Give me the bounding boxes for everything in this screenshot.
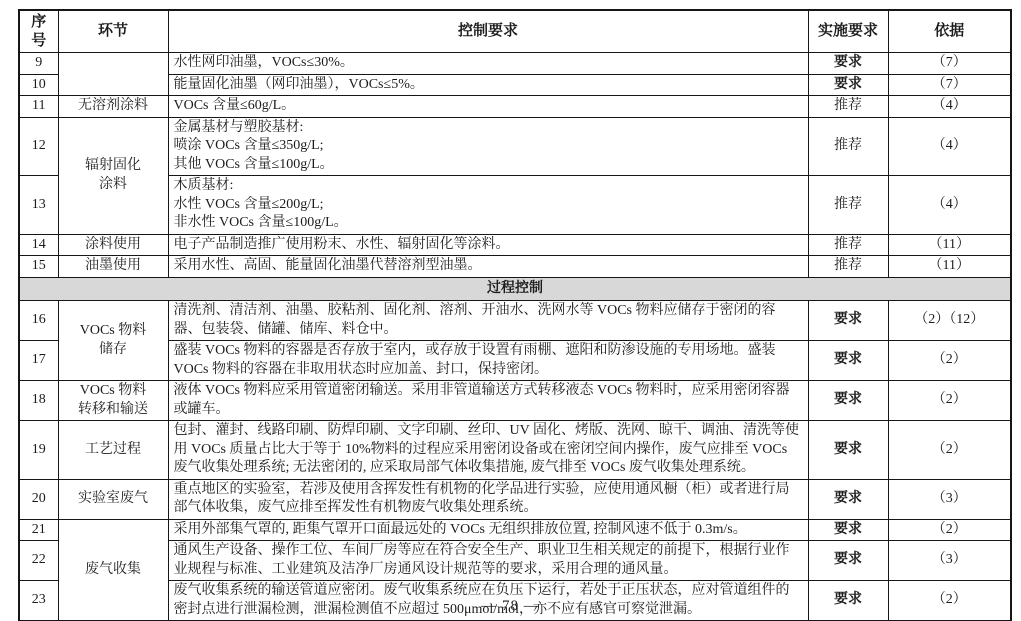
row-21-impl: 要求 xyxy=(808,519,888,541)
row-10-impl: 要求 xyxy=(808,74,888,96)
row-11-control: VOCs 含量≤60g/L。 xyxy=(168,96,808,118)
row-14-no: 14 xyxy=(19,234,58,256)
table-row: 13 木质基材: 水性 VOCs 含量≤200g/L; 非水性 VOCs 含量≤… xyxy=(19,176,1011,235)
row-9-impl: 要求 xyxy=(808,53,888,75)
section-header-row: 过程控制 xyxy=(19,277,1011,301)
row-12-control: 金属基材与塑胶基材: 喷涂 VOCs 含量≤350g/L; 其他 VOCs 含量… xyxy=(168,117,808,176)
header-no: 序号 xyxy=(19,10,58,53)
table-row: 17 盛装 VOCs 物料的容器是否存放于室内，或存放于设置有雨棚、遮阳和防渗设… xyxy=(19,341,1011,381)
row-17-control: 盛装 VOCs 物料的容器是否存放于室内，或存放于设置有雨棚、遮阳和防渗设施的专… xyxy=(168,341,808,381)
table-row: 18 VOCs 物料 转移和输送 液体 VOCs 物料应采用管道密闭输送。采用非… xyxy=(19,381,1011,421)
table-row: 20 实验室废气 重点地区的实验室，若涉及使用含挥发性有机物的化学品进行实验，应… xyxy=(19,479,1011,519)
page-number: — 78 — xyxy=(0,598,1021,615)
row-16-17-stage: VOCs 物料 储存 xyxy=(58,301,168,381)
row-18-no: 18 xyxy=(19,381,58,421)
row-18-stage: VOCs 物料 转移和输送 xyxy=(58,381,168,421)
row-19-control: 包封、灌封、线路印刷、防焊印刷、文字印刷、丝印、UV 固化、烤版、洗网、晾干、调… xyxy=(168,421,808,480)
row-18-control: 液体 VOCs 物料应采用管道密闭输送。采用非管道输送方式转移液态 VOCs 物… xyxy=(168,381,808,421)
row-9-10-stage xyxy=(58,53,168,96)
table-row: 14 涂料使用 电子产品制造推广使用粉末、水性、辐射固化等涂料。 推荐 （11） xyxy=(19,234,1011,256)
row-11-stage: 无溶剂涂料 xyxy=(58,96,168,118)
row-15-no: 15 xyxy=(19,256,58,278)
row-13-basis: （4） xyxy=(888,176,1011,235)
row-12-impl: 推荐 xyxy=(808,117,888,176)
table-row: 15 油墨使用 采用水性、高固、能量固化油墨代替溶剂型油墨。 推荐 （11） xyxy=(19,256,1011,278)
row-12-no: 12 xyxy=(19,117,58,176)
row-19-basis: （2） xyxy=(888,421,1011,480)
row-9-control: 水性网印油墨，VOCs≤30%。 xyxy=(168,53,808,75)
row-21-no: 21 xyxy=(19,519,58,541)
row-17-basis: （2） xyxy=(888,341,1011,381)
row-17-no: 17 xyxy=(19,341,58,381)
table-row: 22 通风生产设备、操作工位、车间厂房等应在符合安全生产、职业卫生相关规定的前提… xyxy=(19,541,1011,581)
row-17-impl: 要求 xyxy=(808,341,888,381)
row-20-no: 20 xyxy=(19,479,58,519)
row-10-control: 能量固化油墨（网印油墨），VOCs≤5%。 xyxy=(168,74,808,96)
table-row: 21 废气收集 采用外部集气罩的, 距集气罩开口面最远处的 VOCs 无组织排放… xyxy=(19,519,1011,541)
row-11-impl: 推荐 xyxy=(808,96,888,118)
table-row: 12 辐射固化 涂料 金属基材与塑胶基材: 喷涂 VOCs 含量≤350g/L;… xyxy=(19,117,1011,176)
header-basis: 依据 xyxy=(888,10,1011,53)
header-stage: 环节 xyxy=(58,10,168,53)
row-13-no: 13 xyxy=(19,176,58,235)
row-15-impl: 推荐 xyxy=(808,256,888,278)
row-13-control: 木质基材: 水性 VOCs 含量≤200g/L; 非水性 VOCs 含量≤100… xyxy=(168,176,808,235)
row-12-13-stage: 辐射固化 涂料 xyxy=(58,117,168,234)
row-20-impl: 要求 xyxy=(808,479,888,519)
row-20-basis: （3） xyxy=(888,479,1011,519)
row-16-impl: 要求 xyxy=(808,301,888,341)
row-20-stage: 实验室废气 xyxy=(58,479,168,519)
row-14-stage: 涂料使用 xyxy=(58,234,168,256)
row-16-no: 16 xyxy=(19,301,58,341)
table-header-row: 序号 环节 控制要求 实施要求 依据 xyxy=(19,10,1011,53)
row-16-control: 清洗剂、清洁剂、油墨、胶粘剂、固化剂、溶剂、开油水、洗网水等 VOCs 物料应储… xyxy=(168,301,808,341)
row-9-no: 9 xyxy=(19,53,58,75)
section-header-process-control: 过程控制 xyxy=(19,277,1011,301)
header-control: 控制要求 xyxy=(168,10,808,53)
row-22-no: 22 xyxy=(19,541,58,581)
table-row: 16 VOCs 物料 储存 清洗剂、清洁剂、油墨、胶粘剂、固化剂、溶剂、开油水、… xyxy=(19,301,1011,341)
row-15-stage: 油墨使用 xyxy=(58,256,168,278)
row-11-basis: （4） xyxy=(888,96,1011,118)
row-22-basis: （3） xyxy=(888,541,1011,581)
row-16-basis: （2）（12） xyxy=(888,301,1011,341)
row-15-basis: （11） xyxy=(888,256,1011,278)
row-22-control: 通风生产设备、操作工位、车间厂房等应在符合安全生产、职业卫生相关规定的前提下，根… xyxy=(168,541,808,581)
table-row: 11 无溶剂涂料 VOCs 含量≤60g/L。 推荐 （4） xyxy=(19,96,1011,118)
table-row: 19 工艺过程 包封、灌封、线路印刷、防焊印刷、文字印刷、丝印、UV 固化、烤版… xyxy=(19,421,1011,480)
control-requirements-table: 序号 环节 控制要求 实施要求 依据 9 水性网印油墨，VOCs≤30%。 要求… xyxy=(18,9,1012,621)
table-row: 10 能量固化油墨（网印油墨），VOCs≤5%。 要求 （7） xyxy=(19,74,1011,96)
row-18-basis: （2） xyxy=(888,381,1011,421)
row-14-impl: 推荐 xyxy=(808,234,888,256)
table-row: 9 水性网印油墨，VOCs≤30%。 要求 （7） xyxy=(19,53,1011,75)
header-impl: 实施要求 xyxy=(808,10,888,53)
row-19-stage: 工艺过程 xyxy=(58,421,168,480)
row-22-impl: 要求 xyxy=(808,541,888,581)
row-19-no: 19 xyxy=(19,421,58,480)
row-9-basis: （7） xyxy=(888,53,1011,75)
row-21-basis: （2） xyxy=(888,519,1011,541)
row-11-no: 11 xyxy=(19,96,58,118)
row-15-control: 采用水性、高固、能量固化油墨代替溶剂型油墨。 xyxy=(168,256,808,278)
row-14-basis: （11） xyxy=(888,234,1011,256)
row-10-basis: （7） xyxy=(888,74,1011,96)
row-12-basis: （4） xyxy=(888,117,1011,176)
row-18-impl: 要求 xyxy=(808,381,888,421)
row-20-control: 重点地区的实验室，若涉及使用含挥发性有机物的化学品进行实验，应使用通风橱（柜）或… xyxy=(168,479,808,519)
row-19-impl: 要求 xyxy=(808,421,888,480)
row-13-impl: 推荐 xyxy=(808,176,888,235)
row-10-no: 10 xyxy=(19,74,58,96)
row-21-control: 采用外部集气罩的, 距集气罩开口面最远处的 VOCs 无组织排放位置, 控制风速… xyxy=(168,519,808,541)
row-14-control: 电子产品制造推广使用粉末、水性、辐射固化等涂料。 xyxy=(168,234,808,256)
